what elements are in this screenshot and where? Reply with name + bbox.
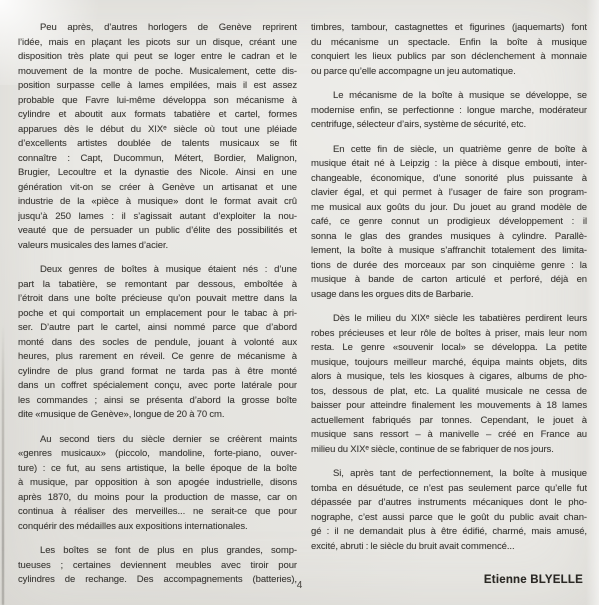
text-line: apparues dès le début du XIXᵉ siècle où … [18,123,297,138]
text-line: conquiert les lieux publics par son décl… [311,50,587,65]
text-line: milieu du XIXᵉ siècle, continue de se fa… [311,443,587,458]
paragraph: En cette fin de siècle, un quatrième gen… [311,143,587,303]
text-line: continua à réaliser des merveilles... ne… [18,505,297,520]
text-line: musique à bande de carton articulé et pe… [311,273,587,288]
text-line: cylindre de plus grand format ne tarda p… [18,365,297,380]
text-line: café, ce genre connut un prodigieux déve… [311,215,587,230]
text-line: ou parce qu’elle accompagne un jeu autom… [311,65,587,80]
text-line: dite «musique de Genève», longue de 20 à… [18,408,297,423]
text-line: tions de durée des morceaux par son cinq… [311,259,587,274]
text-line: poche et qui comportait un emplacement p… [18,307,297,322]
text-line: ture) : ce fut, au sens artistique, la b… [18,462,297,477]
text-line: Le mécanisme de la boîte à musique se dé… [311,89,587,104]
paragraph: Le mécanisme de la boîte à musique se dé… [311,89,587,133]
text-line: cylindre et aboutit aux formats tabatièr… [18,108,297,123]
text-line: lement, la boîte à musique s’affranchit … [311,244,587,259]
text-line: connaître : Capt, Ducommun, Métert, Bord… [18,152,297,167]
paragraph: Au second tiers du siècle dernier se cré… [18,433,297,535]
text-line: position surpasse celle à lames empilées… [18,79,297,94]
text-line: musique sans ressort – à manivelle – cré… [311,428,587,443]
text-line: musique, toujours meilleur marché, équip… [311,356,587,371]
text-line: industrie de la «pièce à musique» dont l… [18,195,297,210]
text-line: «genres musicaux» (piccolo, mandoline, f… [18,447,297,462]
page-number: 4 [0,580,599,591]
text-line: robes précieuses et leur rôle de boîtes … [311,327,587,342]
text-line: du mécanisme un spectacle. Enfin la boît… [311,36,587,51]
text-line: excité, abruti : le siècle du bruit avai… [311,540,587,555]
text-line: conquérir des médailles aux expositions … [18,520,297,535]
text-line: probable que Favre lui-même développa so… [18,94,297,109]
text-line: jusqu’à 250 lames : il s’agissait autant… [18,210,297,225]
text-line: Brugier, Lecoultre et la dynastie des Ni… [18,166,297,181]
text-line: gé : il ne demandait plus à être édifié,… [311,525,587,540]
text-line: heures, plus rarement en réveil. Ce genr… [18,350,297,365]
text-line: tomba en désuétude, ce n’est pas seuleme… [311,482,587,497]
text-line: modernise enfin, se perfectionne : longu… [311,104,587,119]
scan-left-edge-shadow [2,325,4,605]
text-line: d’excellents artistes doublée de talents… [18,137,297,152]
paragraph: Si, après tant de perfectionnement, la b… [311,467,587,554]
scan-right-edge-highlight [586,0,599,605]
text-line: disposition très plate qui peut se loger… [18,50,297,65]
text-line: monté dans des socles de pendule, jouant… [18,336,297,351]
text-line: nographe, c’est aussi parce que le goût … [311,511,587,526]
text-line: timbres, tambour, castagnettes et figuri… [311,21,587,36]
text-line: tos, dessous de plat, etc. La qualité mu… [311,385,587,400]
text-line: clavier égal, et qui permet à l’usager d… [311,186,587,201]
text-line: mouvement de la montre de poche. Musical… [18,65,297,80]
text-line: Deux genres de boîtes à musique étaient … [18,263,297,278]
paragraph: Deux genres de boîtes à musique étaient … [18,263,297,423]
text-line: changeable, économique, d’une sonorité p… [311,172,587,187]
text-line: sonna le glas des grandes musiques à cyl… [311,230,587,245]
text-line: Dès le milieu du XIXᵉ siècle les tabatiè… [311,312,587,327]
text-line: l’étroit dans une boîte précieuse qu’on … [18,292,297,307]
text-line: resta. Le genre «souvenir local» se déve… [311,341,587,356]
text-line: actuellement fabriqués par tonnes. Cepen… [311,414,587,429]
text-line: les commandes ; ainsi se présenta d’abor… [18,394,297,409]
text-line: musique était né à Leipzig : la pièce à … [311,157,587,172]
text-line: après 1870, du moins pour la production … [18,491,297,506]
text-line: alors à musique, tels les kiosques à cig… [311,370,587,385]
scanned-page: Peu après, d’autres horlogers de Genève … [0,0,599,605]
text-line: dépassée par d’autres instruments mécani… [311,496,587,511]
paragraph: Dès le milieu du XIXᵉ siècle les tabatiè… [311,312,587,457]
text-line: En cette fin de siècle, un quatrième gen… [311,143,587,158]
paragraph: timbres, tambour, castagnettes et figuri… [311,21,587,79]
text-line: dans un coffret spécialement conçu, avec… [18,379,297,394]
text-line: génération vit-on se créer à Genève un a… [18,181,297,196]
text-line: Si, après tant de perfectionnement, la b… [311,467,587,482]
text-column-left: Peu après, d’autres horlogers de Genève … [18,21,297,588]
text-line: valeurs musicales des lames d’acier. [18,239,297,254]
text-line: me musical aux goûts du jour. Du jouet a… [311,201,587,216]
text-line: à musique, par opposition à son apogée i… [18,476,297,491]
text-line: baisser pour atteindre finalement les mo… [311,399,587,414]
text-line: Les boîtes se font de plus en plus grand… [18,544,297,559]
text-line: veauté que de persuader un public d’élit… [18,224,297,239]
text-line: Au second tiers du siècle dernier se cré… [18,433,297,448]
text-line: part la tabatière, se remontant par dess… [18,278,297,293]
text-column-right: timbres, tambour, castagnettes et figuri… [311,21,587,554]
text-line: tueuses ; certaines deviennent meubles a… [18,559,297,574]
text-line: ser. D’autre part le cartel, ainsi nommé… [18,321,297,336]
text-line: Peu après, d’autres horlogers de Genève … [18,21,297,36]
text-line: centrifuge, sélecteur d’airs, système de… [311,118,587,133]
text-line: l’idée, mais en plaçant les picots sur u… [18,36,297,51]
paragraph: Peu après, d’autres horlogers de Genève … [18,21,297,253]
text-line: usage dans les orgues dits de Barbarie. [311,288,587,303]
